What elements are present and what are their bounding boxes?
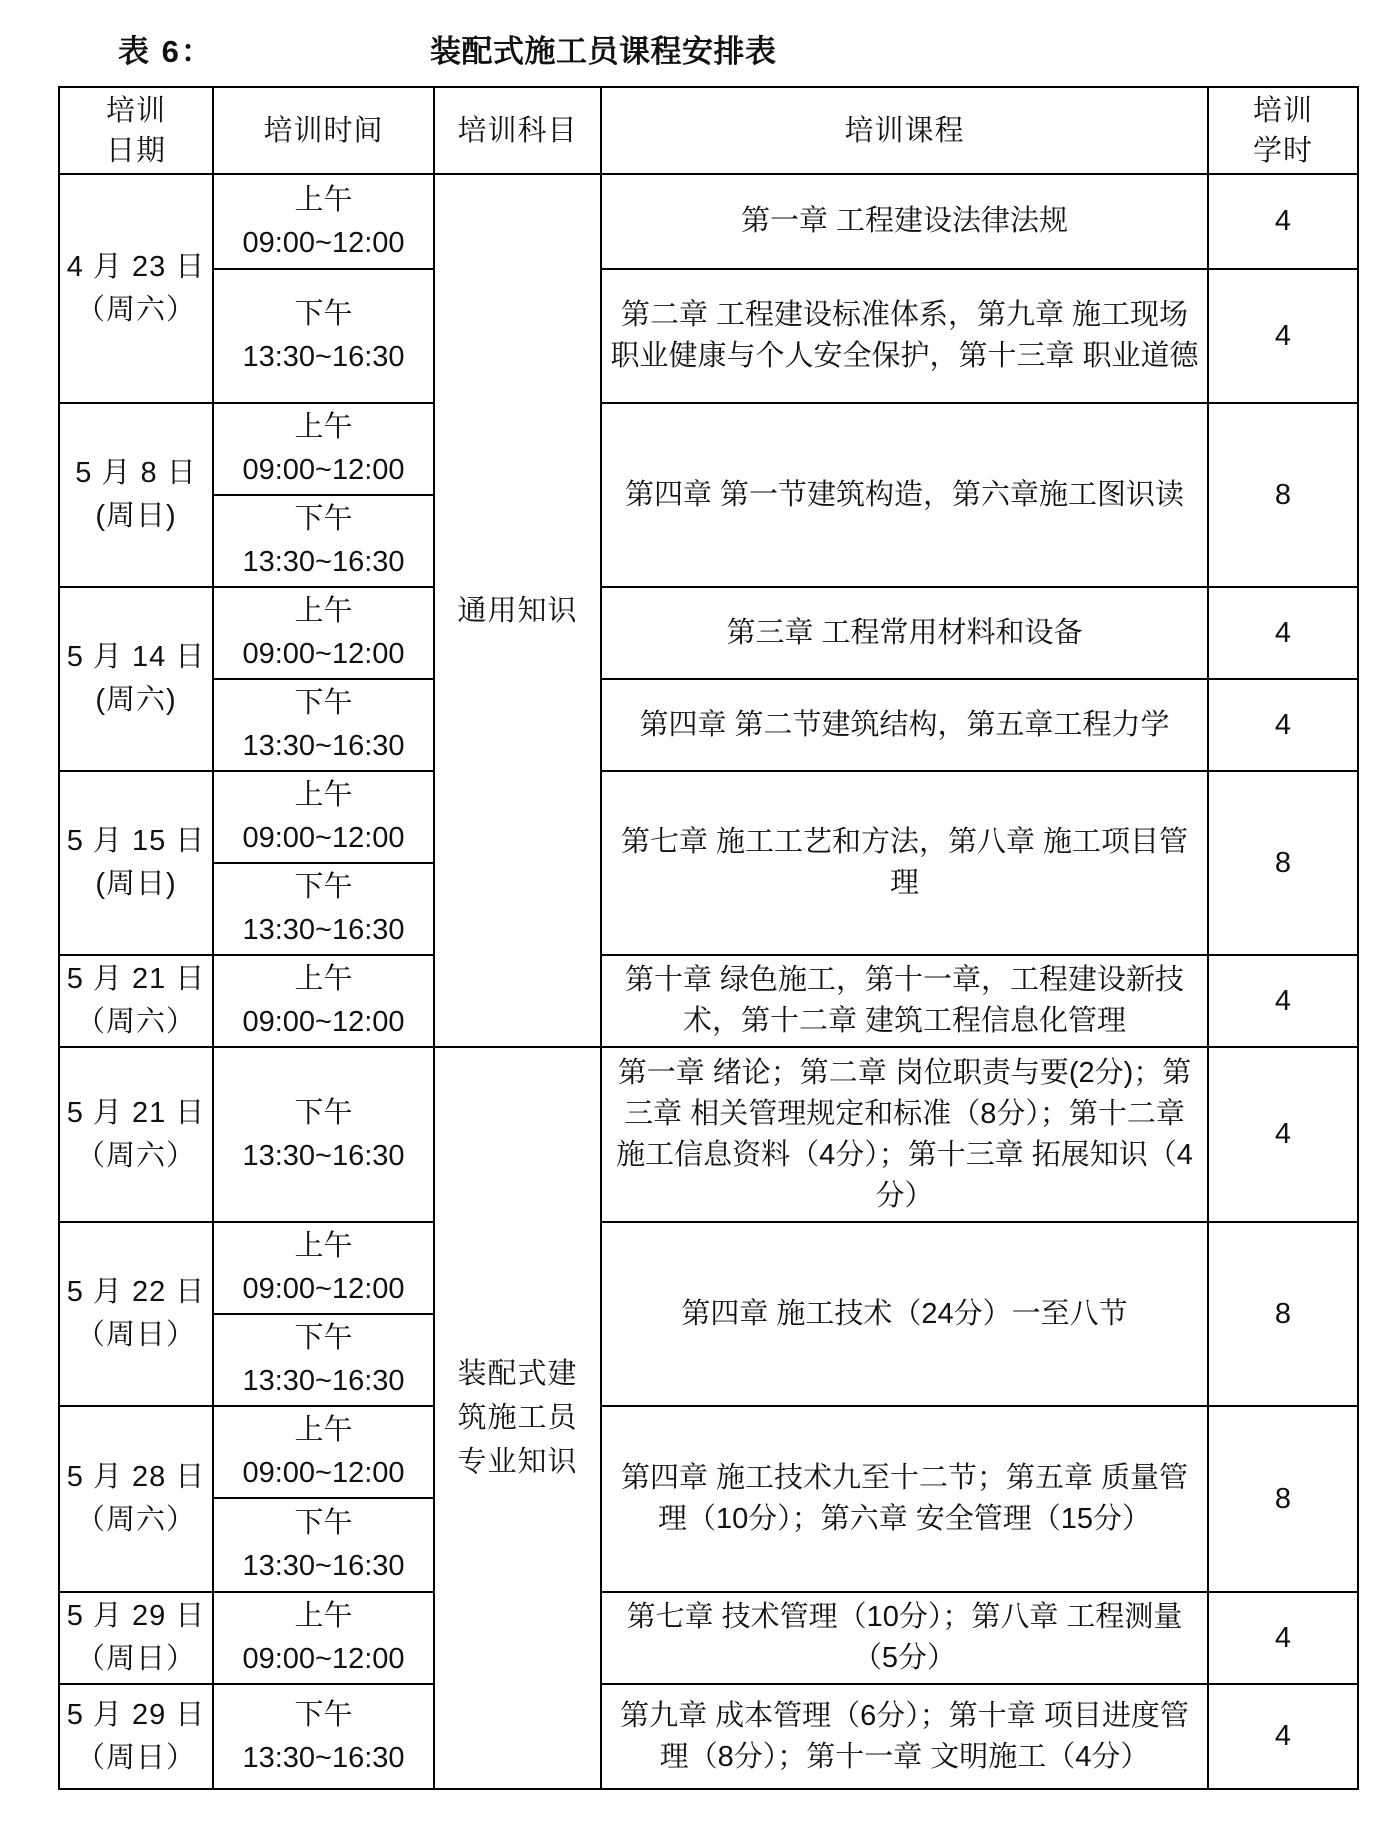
course-cell: 第十章 绿色施工，第十一章，工程建设新技术，第十二章 建筑工程信息化管理 (601, 955, 1208, 1047)
hours-cell: 4 (1208, 269, 1358, 403)
hours-cell: 8 (1208, 1406, 1358, 1592)
table-row: 5 月 29 日 （周日） 下午 13:30~16:30 第九章 成本管理（6分… (59, 1684, 1358, 1789)
header-date: 培训 日期 (59, 87, 213, 174)
page-title: 装配式施工员课程安排表 (430, 26, 777, 71)
course-cell: 第四章 施工技术九至十二节；第五章 质量管理（10分）；第六章 安全管理（15分… (601, 1406, 1208, 1592)
course-cell: 第三章 工程常用材料和设备 (601, 587, 1208, 679)
time-cell: 下午 13:30~16:30 (213, 1498, 434, 1592)
time-cell: 下午 13:30~16:30 (213, 1047, 434, 1222)
header-time: 培训时间 (213, 87, 434, 174)
course-cell: 第一章 绪论；第二章 岗位职责与要(2分)；第三章 相关管理规定和标准（8分）；… (601, 1047, 1208, 1222)
course-cell: 第七章 施工工艺和方法，第八章 施工项目管理 (601, 771, 1208, 955)
header-subject: 培训科目 (434, 87, 601, 174)
table-number-label: 表 6： (118, 26, 214, 71)
time-cell: 上午 09:00~12:00 (213, 1592, 434, 1684)
date-cell: 5 月 22 日 （周日） (59, 1222, 213, 1406)
table-row: 5 月 14 日 (周六) 上午 09:00~12:00 第三章 工程常用材料和… (59, 587, 1358, 679)
course-schedule-table: 培训 日期 培训时间 培训科目 培训课程 培训 学时 4 月 23 日 （周六）… (58, 86, 1359, 1790)
time-cell: 上午 09:00~12:00 (213, 174, 434, 269)
time-cell: 上午 09:00~12:00 (213, 403, 434, 495)
time-cell: 下午 13:30~16:30 (213, 1314, 434, 1406)
hours-cell: 4 (1208, 1684, 1358, 1789)
table-row: 5 月 29 日 （周日） 上午 09:00~12:00 第七章 技术管理（10… (59, 1592, 1358, 1684)
hours-cell: 8 (1208, 1222, 1358, 1406)
time-cell: 下午 13:30~16:30 (213, 495, 434, 587)
table-row: 下午 13:30~16:30 第四章 第二节建筑结构，第五章工程力学 4 (59, 679, 1358, 771)
course-cell: 第七章 技术管理（10分）；第八章 工程测量（5分） (601, 1592, 1208, 1684)
hours-cell: 8 (1208, 771, 1358, 955)
date-cell: 5 月 29 日 （周日） (59, 1592, 213, 1684)
date-cell: 5 月 28 日 （周六） (59, 1406, 213, 1592)
course-cell: 第四章 施工技术（24分）一至八节 (601, 1222, 1208, 1406)
table-row: 5 月 22 日 （周日） 上午 09:00~12:00 第四章 施工技术（24… (59, 1222, 1358, 1314)
table-row: 5 月 15 日 (周日) 上午 09:00~12:00 第七章 施工工艺和方法… (59, 771, 1358, 863)
hours-cell: 4 (1208, 679, 1358, 771)
course-cell: 第二章 工程建设标准体系，第九章 施工现场职业健康与个人安全保护，第十三章 职业… (601, 269, 1208, 403)
date-cell: 5 月 21 日 （周六） (59, 1047, 213, 1222)
table-row: 5 月 28 日 （周六） 上午 09:00~12:00 第四章 施工技术九至十… (59, 1406, 1358, 1498)
date-cell: 5 月 14 日 (周六) (59, 587, 213, 771)
time-cell: 上午 09:00~12:00 (213, 1222, 434, 1314)
header-hours: 培训 学时 (1208, 87, 1358, 174)
table-row: 5 月 21 日 （周六） 上午 09:00~12:00 第十章 绿色施工，第十… (59, 955, 1358, 1047)
table-row: 下午 13:30~16:30 第二章 工程建设标准体系，第九章 施工现场职业健康… (59, 269, 1358, 403)
course-cell: 第一章 工程建设法律法规 (601, 174, 1208, 269)
course-cell: 第九章 成本管理（6分）；第十章 项目进度管理（8分）；第十一章 文明施工（4分… (601, 1684, 1208, 1789)
time-cell: 下午 13:30~16:30 (213, 269, 434, 403)
table-row: 5 月 21 日 （周六） 下午 13:30~16:30 装配式建 筑施工员 专… (59, 1047, 1358, 1222)
time-cell: 下午 13:30~16:30 (213, 679, 434, 771)
header-course: 培训课程 (601, 87, 1208, 174)
hours-cell: 4 (1208, 1047, 1358, 1222)
time-cell: 上午 09:00~12:00 (213, 771, 434, 863)
date-cell: 5 月 21 日 （周六） (59, 955, 213, 1047)
subject-cell: 装配式建 筑施工员 专业知识 (434, 1047, 601, 1789)
table-row: 5 月 8 日 (周日) 上午 09:00~12:00 第四章 第一节建筑构造，… (59, 403, 1358, 495)
table-row: 4 月 23 日 （周六） 上午 09:00~12:00 通用知识 第一章 工程… (59, 174, 1358, 269)
hours-cell: 4 (1208, 1592, 1358, 1684)
time-cell: 下午 13:30~16:30 (213, 1684, 434, 1789)
course-cell: 第四章 第二节建筑结构，第五章工程力学 (601, 679, 1208, 771)
hours-cell: 4 (1208, 174, 1358, 269)
course-cell: 第四章 第一节建筑构造，第六章施工图识读 (601, 403, 1208, 587)
time-cell: 上午 09:00~12:00 (213, 1406, 434, 1498)
time-cell: 上午 09:00~12:00 (213, 587, 434, 679)
date-cell: 4 月 23 日 （周六） (59, 174, 213, 403)
hours-cell: 4 (1208, 587, 1358, 679)
hours-cell: 8 (1208, 403, 1358, 587)
date-cell: 5 月 8 日 (周日) (59, 403, 213, 587)
header-row: 培训 日期 培训时间 培训科目 培训课程 培训 学时 (59, 87, 1358, 174)
time-cell: 下午 13:30~16:30 (213, 863, 434, 955)
date-cell: 5 月 29 日 （周日） (59, 1684, 213, 1789)
date-cell: 5 月 15 日 (周日) (59, 771, 213, 955)
document-title-row: 表 6： 装配式施工员课程安排表 (0, 26, 1400, 66)
subject-cell: 通用知识 (434, 174, 601, 1047)
hours-cell: 4 (1208, 955, 1358, 1047)
time-cell: 上午 09:00~12:00 (213, 955, 434, 1047)
